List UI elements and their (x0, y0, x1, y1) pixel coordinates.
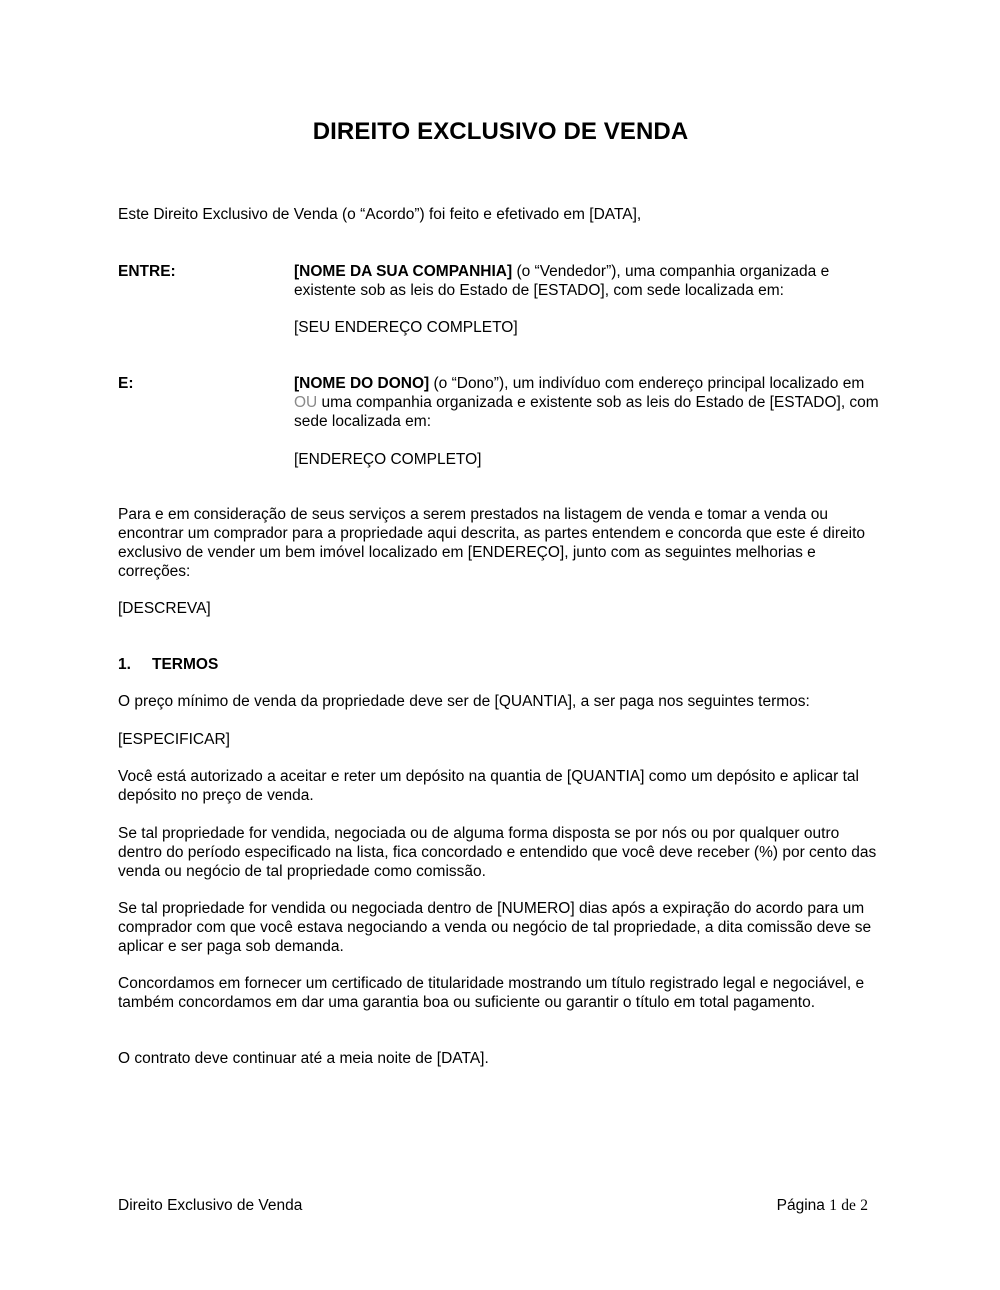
section-paragraph: Você está autorizado a aceitar e reter u… (118, 767, 878, 805)
section-title: TERMOS (152, 656, 218, 673)
intro-paragraph: Este Direito Exclusivo de Venda (o “Acor… (118, 205, 878, 224)
section-paragraph: Se tal propriedade for vendida, negociad… (118, 824, 878, 881)
seller-name-placeholder: [NOME DA SUA COMPANHIA] (294, 263, 512, 280)
party-label-e: E: (118, 374, 134, 393)
or-marker: OU (294, 394, 317, 411)
section-number: 1. (118, 655, 152, 674)
footer-page-number: Página 1 de 2 (777, 1196, 868, 1215)
page-separator: de (841, 1197, 856, 1214)
section-heading-termos: 1.TERMOS (118, 655, 218, 674)
section-paragraph: [ESPECIFICAR] (118, 730, 878, 749)
seller-address-placeholder: [SEU ENDEREÇO COMPLETO] (294, 318, 884, 337)
owner-address-placeholder: [ENDEREÇO COMPLETO] (294, 450, 884, 469)
owner-text-after: uma companhia organizada e existente sob… (294, 394, 879, 430)
party-owner-description: [NOME DO DONO] (o “Dono”), um indivíduo … (294, 374, 884, 431)
footer-document-title: Direito Exclusivo de Venda (118, 1196, 302, 1215)
section-paragraph: O contrato deve continuar até a meia noi… (118, 1049, 878, 1068)
owner-name-placeholder: [NOME DO DONO] (294, 375, 429, 392)
party-label-entre: ENTRE: (118, 262, 176, 281)
page-current: 1 (829, 1197, 837, 1214)
section-paragraph: O preço mínimo de venda da propriedade d… (118, 692, 878, 711)
describe-placeholder: [DESCREVA] (118, 599, 878, 618)
page-total: 2 (860, 1197, 868, 1214)
consideration-paragraph: Para e em consideração de seus serviços … (118, 505, 878, 581)
document-title: DIREITO EXCLUSIVO DE VENDA (118, 117, 883, 147)
section-paragraph: Se tal propriedade for vendida ou negoci… (118, 899, 878, 956)
party-seller-description: [NOME DA SUA COMPANHIA] (o “Vendedor”), … (294, 262, 884, 300)
owner-text-before: (o “Dono”), um indivíduo com endereço pr… (429, 375, 864, 392)
page-label: Página (777, 1197, 825, 1214)
section-paragraph: Concordamos em fornecer um certificado d… (118, 974, 878, 1012)
